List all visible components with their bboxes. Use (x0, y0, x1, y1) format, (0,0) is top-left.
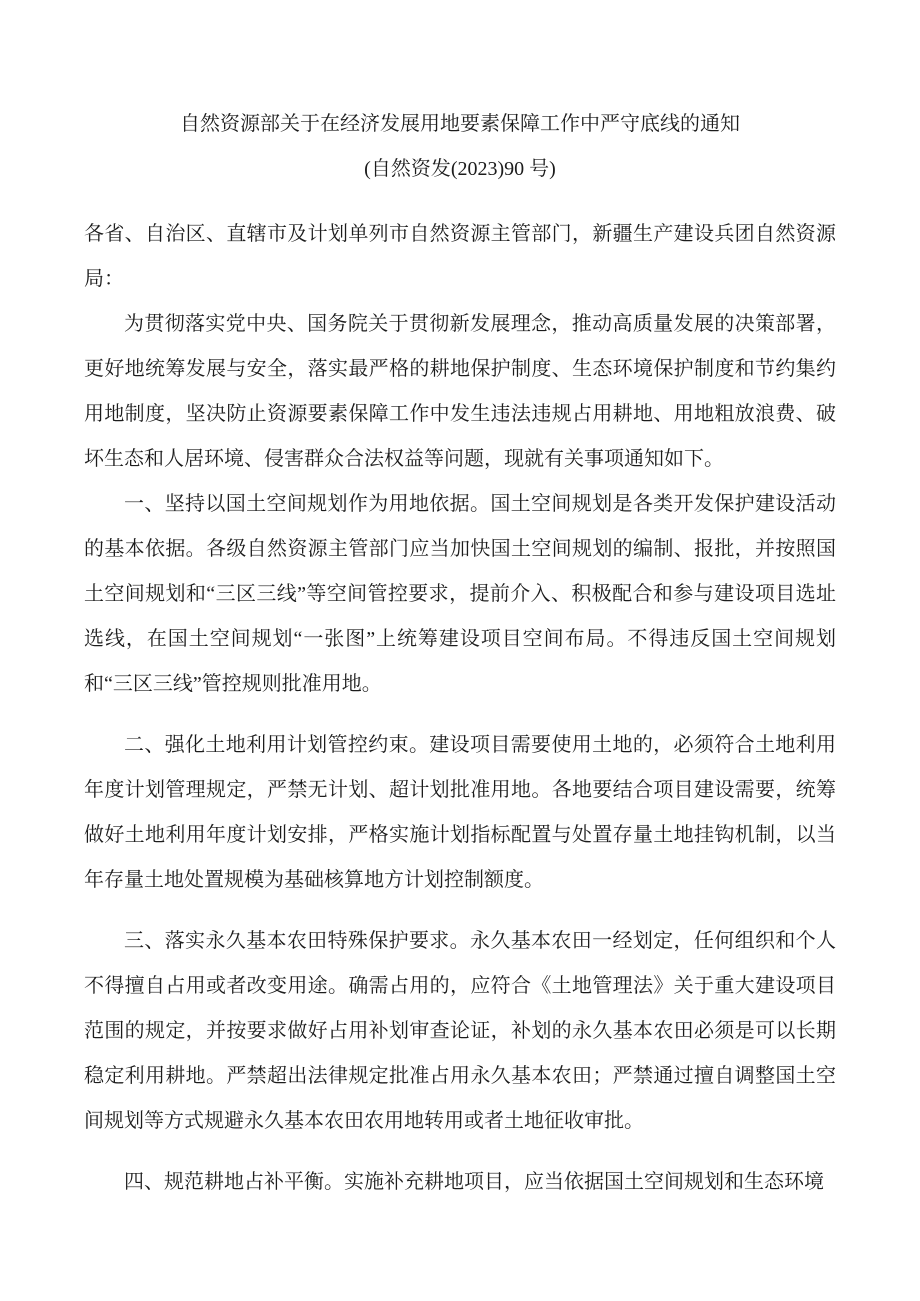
paragraph-section-3: 三、落实永久基本农田特殊保护要求。永久基本农田一经划定，任何组织和个人不得擅自占… (84, 919, 836, 1144)
document-title: 自然资源部关于在经济发展用地要素保障工作中严守底线的通知 (84, 102, 836, 147)
paragraph-intro: 为贯彻落实党中央、国务院关于贯彻新发展理念，推动高质量发展的决策部署，更好地统筹… (84, 302, 836, 482)
document-page: 自然资源部关于在经济发展用地要素保障工作中严守底线的通知 (自然资发(2023)… (0, 0, 920, 1301)
paragraph-section-4: 四、规范耕地占补平衡。实施补充耕地项目，应当依据国土空间规划和生态环境 (84, 1160, 836, 1205)
document-number: (自然资发(2023)90 号) (84, 147, 836, 192)
salutation: 各省、自治区、直辖市及计划单列市自然资源主管部门，新疆生产建设兵团自然资源局： (84, 212, 836, 302)
paragraph-section-2: 二、强化土地利用计划管控约束。建设项目需要使用土地的，必须符合土地利用年度计划管… (84, 723, 836, 903)
paragraph-section-1: 一、坚持以国土空间规划作为用地依据。国土空间规划是各类开发保护建设活动的基本依据… (84, 482, 836, 707)
